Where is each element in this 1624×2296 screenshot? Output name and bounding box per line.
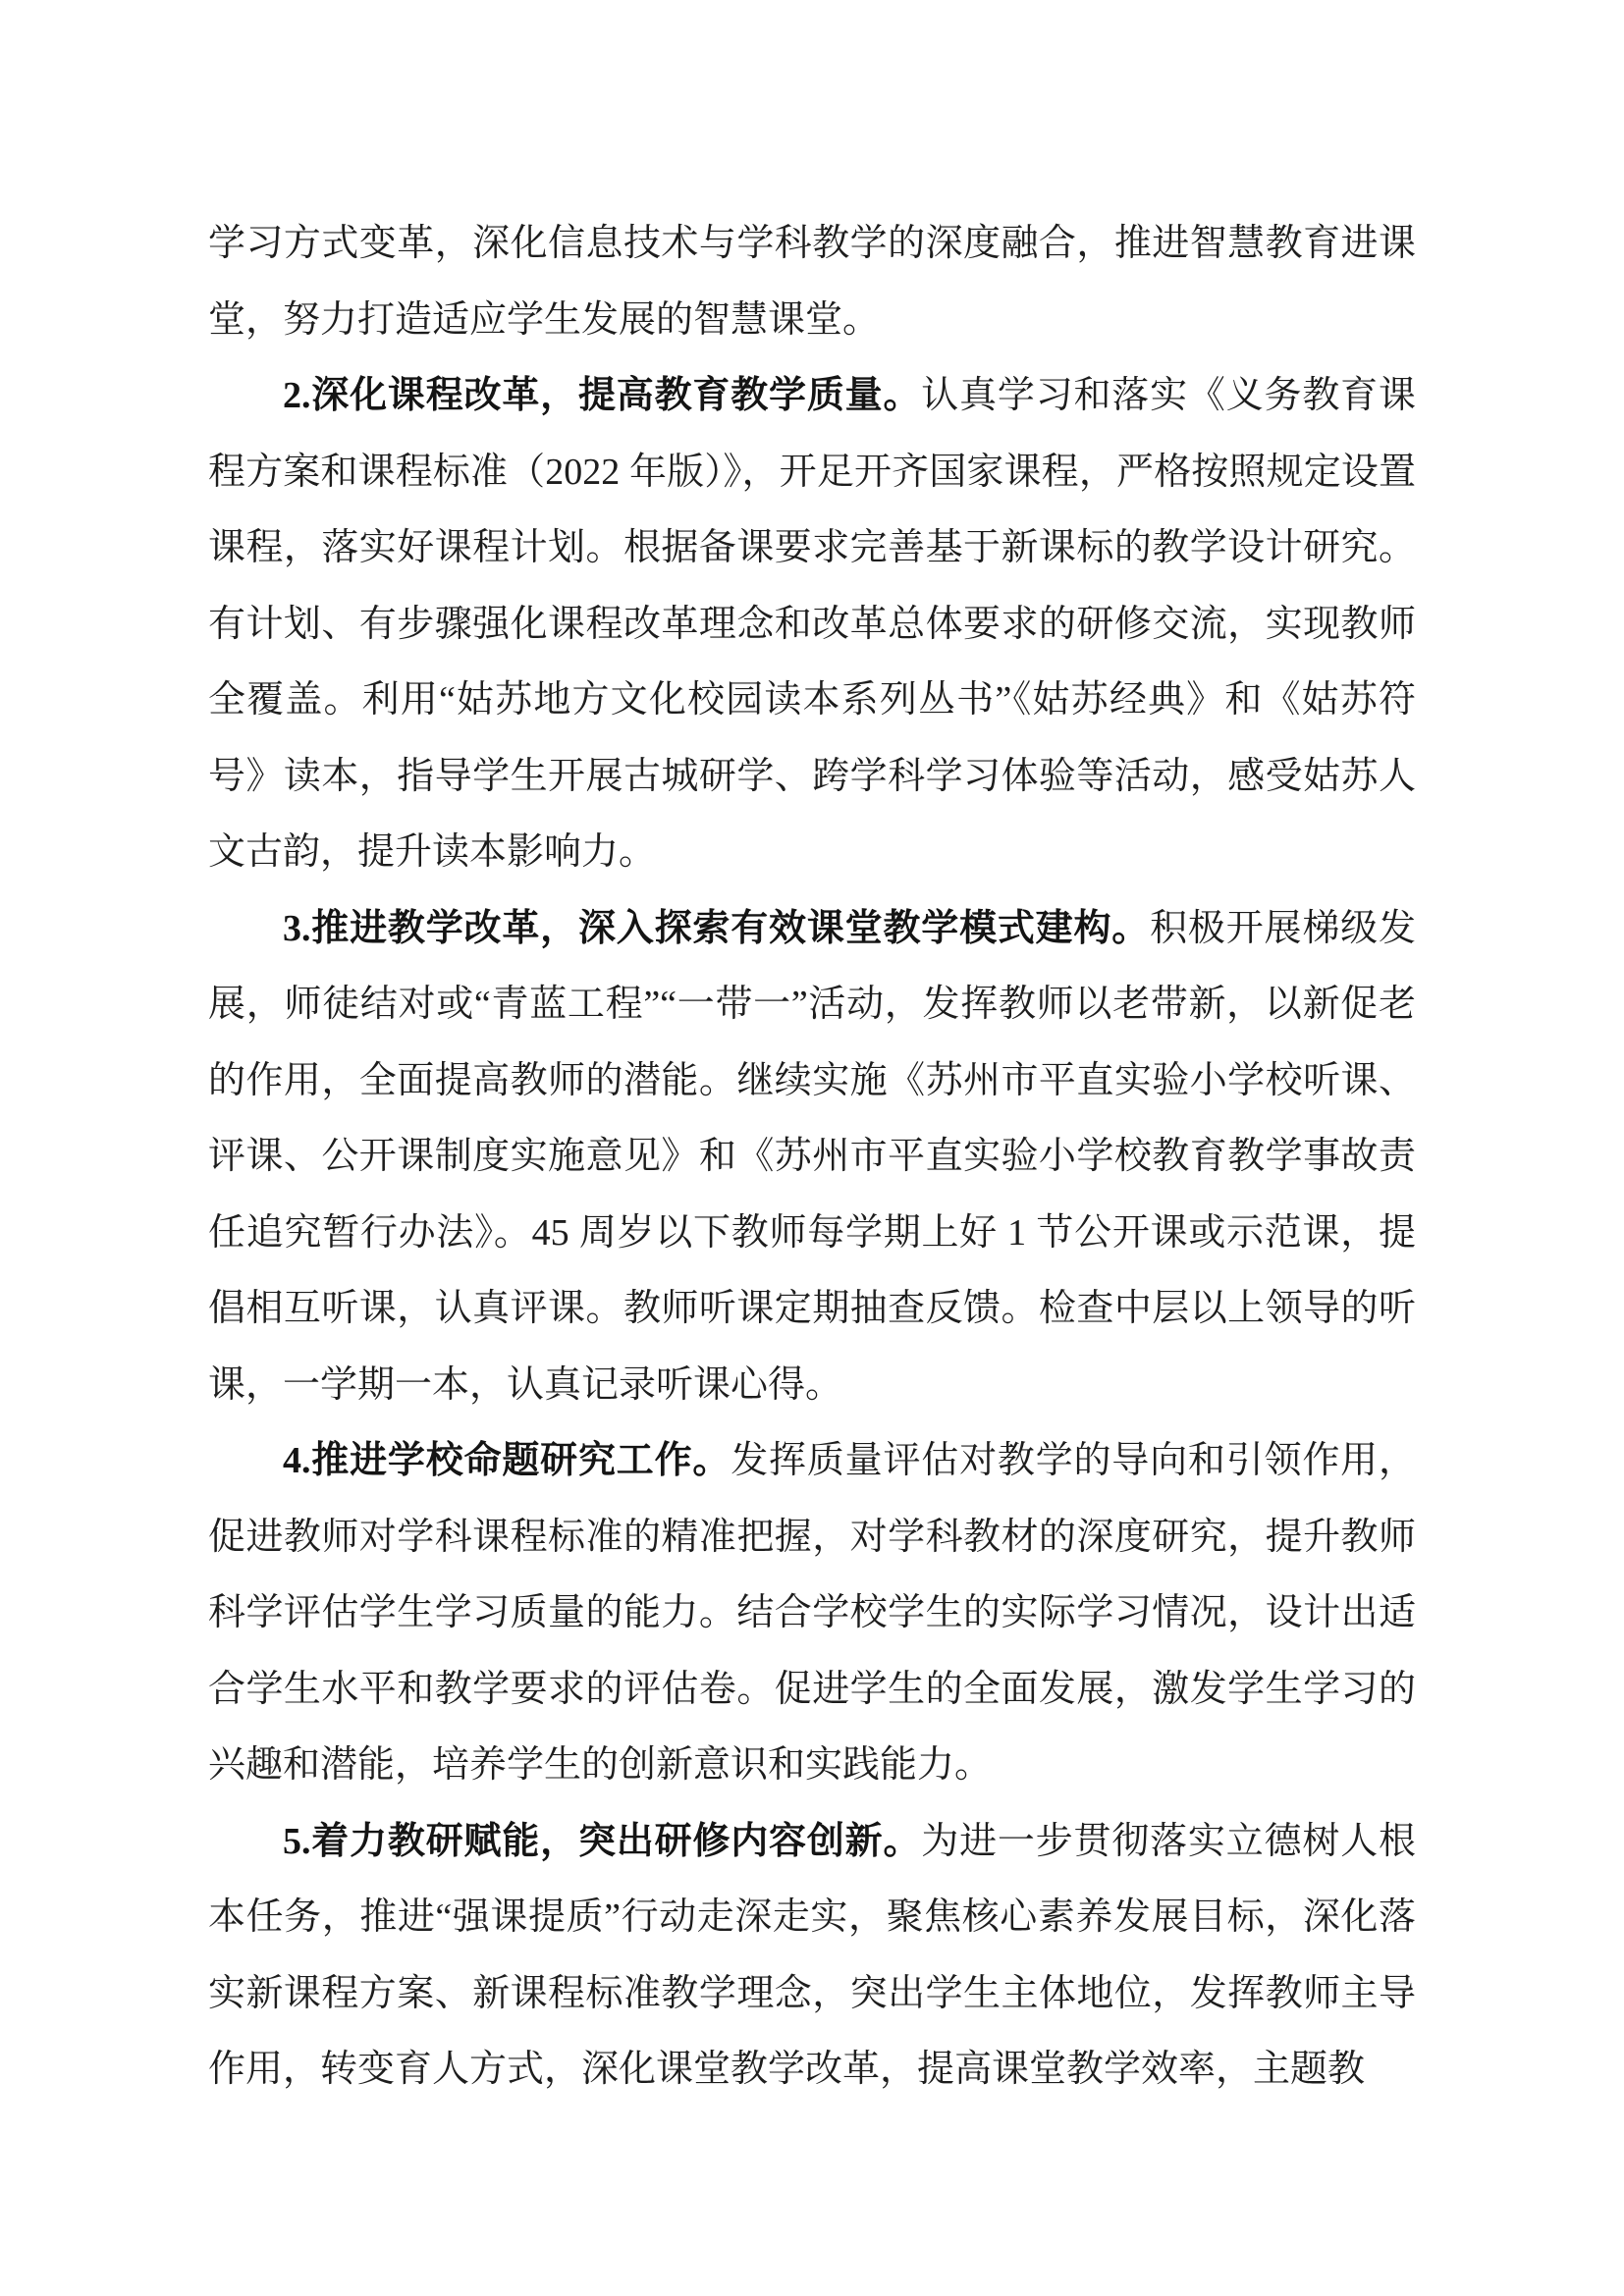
paragraph-item-5: 5.着力教研赋能，突出研修内容创新。为进一步贯彻落实立德树人根本任务，推进“强课… (208, 1804, 1416, 2109)
paragraph-heading: 5.着力教研赋能，突出研修内容创新。 (283, 1821, 921, 1862)
paragraph-item-4: 4.推进学校命题研究工作。发挥质量评估对教学的导向和引领作用，促进教师对学科课程… (208, 1423, 1416, 1804)
paragraph-body: 学习方式变革，深化信息技术与学科教学的深度融合，推进智慧教育进课堂，努力打造适应… (208, 223, 1416, 341)
paragraph-item-3: 3.推进教学改革，深入探索有效课堂教学模式建构。积极开展梯级发展，师徒结对或“青… (208, 891, 1416, 1424)
paragraph-item-2: 2.深化课程改革，提高教育教学质量。认真学习和落实《义务教育课程方案和课程标准（… (208, 358, 1416, 891)
paragraph-body: 认真学习和落实《义务教育课程方案和课程标准（2022 年版）》，开足开齐国家课程… (208, 375, 1416, 873)
paragraph-heading: 4.推进学校命题研究工作。 (283, 1440, 731, 1481)
document-page: 学习方式变革，深化信息技术与学科教学的深度融合，推进智慧教育进课堂，努力打造适应… (0, 0, 1624, 2296)
paragraph-continuation: 学习方式变革，深化信息技术与学科教学的深度融合，推进智慧教育进课堂，努力打造适应… (208, 206, 1416, 358)
document-body: 学习方式变革，深化信息技术与学科教学的深度融合，推进智慧教育进课堂，努力打造适应… (0, 0, 1624, 2109)
paragraph-body: 积极开展梯级发展，师徒结对或“青蓝工程”“一带一”活动，发挥教师以老带新，以新促… (208, 908, 1416, 1406)
paragraph-heading: 2.深化课程改革，提高教育教学质量。 (283, 375, 921, 416)
paragraph-body: 发挥质量评估对教学的导向和引领作用，促进教师对学科课程标准的精准把握，对学科教材… (208, 1440, 1416, 1786)
paragraph-heading: 3.推进教学改革，深入探索有效课堂教学模式建构。 (283, 908, 1150, 949)
